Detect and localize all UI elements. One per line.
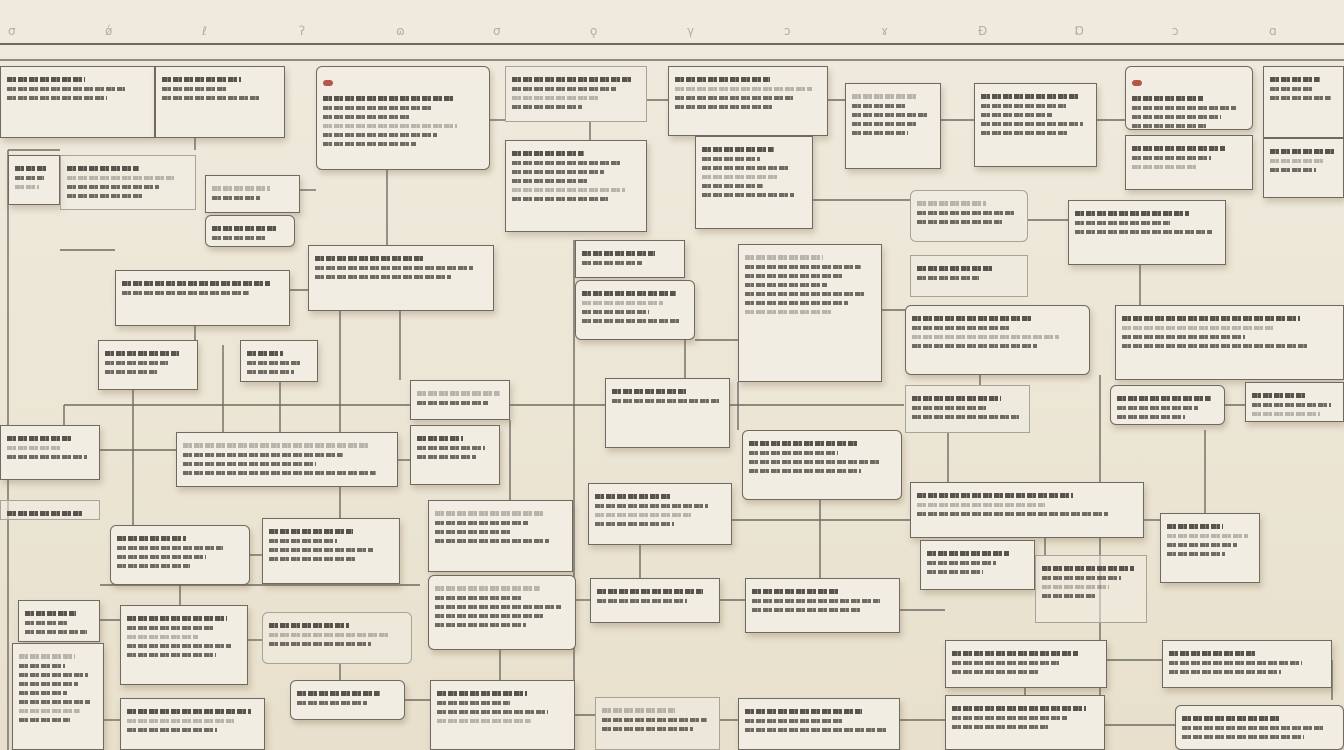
card-title-scribble [512,151,584,156]
card-text-scribble [15,176,44,180]
diagram-card[interactable] [845,83,941,169]
card-title-scribble [162,77,241,82]
card-text-scribble [1132,165,1196,169]
diagram-card[interactable] [1035,555,1147,623]
card-text-scribble [1169,661,1302,665]
diagram-card[interactable] [1263,138,1344,198]
card-text-scribble [1132,106,1236,110]
diagram-card[interactable] [742,430,902,500]
diagram-card[interactable] [905,385,1030,433]
card-text-scribble [323,106,432,110]
card-text-scribble [1182,726,1325,730]
card-text-scribble [1270,159,1325,163]
card-title-scribble [1132,96,1203,101]
card-text-scribble [15,185,39,189]
card-title-scribble [7,436,73,441]
card-title-scribble [315,256,423,261]
card-text-scribble [269,557,357,561]
diagram-card[interactable] [945,695,1105,750]
card-text-scribble [749,469,861,473]
card-title-scribble [417,436,463,441]
card-title-scribble [437,691,527,696]
flowchart-board: σǿℓʔɷσǫγɔɤƉⱰɔɑ [0,0,1344,750]
card-text-scribble [582,301,663,305]
card-text-scribble [183,471,376,475]
card-title-scribble [212,186,270,191]
card-text-scribble [702,175,777,179]
card-text-scribble [162,96,259,100]
card-text-scribble [183,453,343,457]
card-text-scribble [435,614,544,618]
card-text-scribble [19,682,78,686]
card-title-scribble [67,166,139,171]
card-text-scribble [582,319,680,323]
card-title-scribble [15,166,48,171]
diagram-card[interactable] [1068,200,1226,265]
card-title-scribble [1270,77,1320,82]
card-text-scribble [417,446,485,450]
card-text-scribble [127,644,231,648]
card-text-scribble [852,104,905,108]
card-text-scribble [1132,124,1206,128]
card-text-scribble [435,521,528,525]
card-text-scribble [183,462,316,466]
card-title-scribble [297,691,380,696]
diagram-card[interactable] [605,378,730,448]
card-text-scribble [702,193,794,197]
card-text-scribble [745,283,827,287]
card-text-scribble [1132,115,1221,119]
card-title-scribble [323,96,453,101]
card-text-scribble [1117,406,1198,410]
card-text-scribble [1252,412,1320,416]
card-text-scribble [752,599,880,603]
card-text-scribble [512,197,608,201]
diagram-card[interactable] [120,698,265,750]
card-title-scribble [269,623,349,628]
diagram-card[interactable] [205,215,295,247]
card-text-scribble [917,276,979,280]
card-text-scribble [512,170,604,174]
card-title-scribble [212,226,277,231]
card-text-scribble [437,719,531,723]
card-text-scribble [749,460,880,464]
diagram-card[interactable] [910,190,1028,242]
card-text-scribble [675,105,774,109]
card-text-scribble [917,512,1108,516]
card-text-scribble [602,727,693,731]
card-text-scribble [315,275,451,279]
diagram-card[interactable] [0,500,100,520]
card-text-scribble [981,122,1083,126]
diagram-card[interactable] [0,66,155,138]
card-title-scribble [602,708,675,713]
card-title-scribble [1169,651,1256,656]
card-text-scribble [19,691,67,695]
diagram-card[interactable] [1115,305,1344,380]
card-text-scribble [7,446,62,450]
diagram-card[interactable] [428,575,576,650]
card-text-scribble [435,623,526,627]
diagram-card[interactable] [1245,382,1344,422]
card-text-scribble [595,522,674,526]
diagram-card[interactable] [575,280,695,340]
card-text-scribble [323,115,411,119]
card-text-scribble [25,621,67,625]
card-text-scribble [1169,670,1281,674]
card-text-scribble [127,719,234,723]
card-text-scribble [435,605,561,609]
card-title-scribble [512,77,632,82]
diagram-card[interactable] [98,340,198,390]
card-text-scribble [1252,403,1331,407]
card-text-scribble [127,728,217,732]
card-text-scribble [323,124,457,128]
card-text-scribble [19,664,65,668]
diagram-card[interactable] [974,83,1097,167]
diagram-card[interactable] [115,270,290,326]
diagram-card[interactable] [8,155,60,205]
card-text-scribble [117,555,206,559]
card-title-scribble [917,266,993,271]
diagram-card[interactable] [738,244,882,382]
card-text-scribble [582,261,642,265]
card-title-scribble [1270,149,1334,154]
card-title-scribble [1167,524,1223,529]
card-text-scribble [297,701,367,705]
diagram-card[interactable] [1175,705,1344,750]
card-title-scribble [917,201,986,206]
card-text-scribble [595,504,708,508]
card-text-scribble [927,561,996,565]
card-text-scribble [117,564,190,568]
card-text-scribble [912,344,1037,348]
diagram-card[interactable] [910,255,1028,297]
card-title-scribble [582,291,676,296]
diagram-card[interactable] [0,425,100,480]
card-text-scribble [917,211,1016,215]
diagram-card[interactable] [1263,66,1344,138]
card-text-scribble [852,113,929,117]
diagram-card[interactable] [262,518,400,584]
card-text-scribble [981,113,1052,117]
card-title-scribble [912,316,1032,321]
card-text-scribble [745,728,886,732]
card-text-scribble [512,96,599,100]
diagram-card[interactable] [505,140,647,232]
diagram-card[interactable] [595,697,720,750]
card-title-scribble [917,493,1073,498]
card-title-scribble [269,529,353,534]
card-text-scribble [1042,585,1109,589]
card-title-scribble [597,589,703,594]
diagram-card[interactable] [738,698,900,750]
diagram-card[interactable] [410,425,500,485]
card-text-scribble [745,265,861,269]
diagram-card[interactable] [1110,385,1225,425]
diagram-card[interactable] [668,66,828,136]
card-text-scribble [602,718,707,722]
card-text-scribble [912,335,1059,339]
card-title-scribble [1122,316,1300,321]
card-text-scribble [269,642,371,646]
card-text-scribble [127,653,216,657]
diagram-card[interactable] [60,155,196,210]
diagram-card[interactable] [910,482,1144,538]
card-text-scribble [437,701,510,705]
card-title-scribble [127,616,227,621]
card-title-scribble [1182,716,1280,721]
card-title-scribble [981,94,1080,99]
diagram-card[interactable] [505,66,647,122]
card-text-scribble [675,87,812,91]
card-title-scribble [1075,211,1189,216]
card-text-scribble [852,122,918,126]
diagram-card[interactable] [588,483,732,545]
diagram-card[interactable] [110,525,250,585]
diagram-card[interactable] [575,240,685,278]
card-text-scribble [702,166,790,170]
card-text-scribble [981,104,1066,108]
card-title-scribble [19,654,75,659]
card-text-scribble [67,176,174,180]
card-text-scribble [745,301,848,305]
red-pin-icon [1132,80,1142,86]
card-text-scribble [1167,534,1248,538]
card-title-scribble [105,351,179,356]
card-text-scribble [105,361,168,365]
card-text-scribble [212,236,267,240]
card-title-scribble [749,441,857,446]
card-text-scribble [675,96,793,100]
diagram-card[interactable] [290,680,405,720]
card-title-scribble [752,589,839,594]
diagram-card[interactable] [920,540,1035,590]
diagram-card[interactable] [590,578,720,623]
card-title-scribble [595,494,670,499]
diagram-card[interactable] [1162,640,1332,688]
card-title-scribble [435,586,540,591]
card-text-scribble [269,539,337,543]
card-title-scribble [852,94,916,99]
card-text-scribble [1182,735,1304,739]
card-title-scribble [1117,396,1211,401]
diagram-card[interactable] [176,432,398,487]
card-text-scribble [1075,230,1212,234]
card-text-scribble [435,596,522,600]
card-text-scribble [19,718,70,722]
card-text-scribble [752,608,862,612]
card-text-scribble [702,184,763,188]
diagram-card[interactable] [316,66,490,170]
card-text-scribble [702,157,760,161]
card-text-scribble [435,539,549,543]
card-text-scribble [745,292,865,296]
card-text-scribble [912,326,1009,330]
card-text-scribble [745,310,831,314]
card-text-scribble [749,451,838,455]
card-text-scribble [612,399,719,403]
card-title-scribble [612,389,686,394]
card-title-scribble [417,391,500,396]
card-title-scribble [435,511,545,516]
card-text-scribble [19,700,90,704]
card-text-scribble [952,661,1059,665]
card-text-scribble [1122,326,1273,330]
diagram-card[interactable] [945,640,1107,688]
card-text-scribble [917,503,1045,507]
card-text-scribble [7,96,107,100]
card-text-scribble [952,725,1048,729]
card-text-scribble [1132,156,1211,160]
diagram-card[interactable] [155,66,285,138]
diagram-card[interactable] [308,245,494,311]
card-text-scribble [127,626,213,630]
card-text-scribble [323,142,416,146]
card-title-scribble [675,77,770,82]
diagram-card[interactable] [430,680,575,750]
card-title-scribble [122,281,270,286]
card-title-scribble [952,651,1078,656]
diagram-card[interactable] [1125,66,1253,130]
card-text-scribble [323,133,437,137]
card-text-scribble [247,361,302,365]
card-title-scribble [912,396,1001,401]
card-text-scribble [7,87,125,91]
card-title-scribble [582,251,655,256]
card-text-scribble [745,274,844,278]
card-text-scribble [25,630,87,634]
card-text-scribble [1167,552,1225,556]
diagram-card[interactable] [428,500,573,572]
card-title-scribble [952,706,1086,711]
card-text-scribble [952,670,1039,674]
card-text-scribble [512,188,625,192]
card-text-scribble [122,291,249,295]
card-text-scribble [1122,335,1245,339]
card-title-scribble [702,147,774,152]
diagram-card[interactable] [240,340,318,382]
card-text-scribble [952,716,1067,720]
card-text-scribble [512,105,582,109]
card-text-scribble [315,266,473,270]
card-text-scribble [7,455,87,459]
card-title-scribble [25,611,76,616]
diagram-card[interactable] [18,600,100,642]
card-text-scribble [437,710,548,714]
card-text-scribble [852,131,908,135]
diagram-card[interactable] [205,175,300,213]
card-text-scribble [67,185,159,189]
card-text-scribble [512,179,588,183]
card-text-scribble [105,370,157,374]
card-title-scribble [1252,393,1306,398]
card-text-scribble [269,633,389,637]
diagram-card[interactable] [1125,135,1253,190]
diagram-card[interactable] [745,578,900,633]
card-text-scribble [247,370,294,374]
diagram-card[interactable] [12,643,104,750]
card-text-scribble [1117,415,1185,419]
card-text-scribble [595,513,691,517]
card-title-scribble [183,443,370,448]
card-text-scribble [1042,576,1121,580]
card-text-scribble [597,599,687,603]
card-text-scribble [512,161,621,165]
card-title-scribble [745,255,823,260]
card-title-scribble [7,511,82,516]
diagram-card[interactable] [695,136,813,229]
card-text-scribble [1075,221,1170,225]
card-text-scribble [269,548,373,552]
card-text-scribble [1270,87,1312,91]
card-title-scribble [7,77,85,82]
card-text-scribble [212,196,260,200]
card-text-scribble [67,194,143,198]
card-text-scribble [435,530,511,534]
card-text-scribble [19,709,80,713]
card-text-scribble [1042,594,1096,598]
card-text-scribble [127,635,198,639]
card-text-scribble [927,570,983,574]
card-title-scribble [1132,146,1225,151]
card-text-scribble [912,406,986,410]
red-pin-icon [323,80,333,86]
diagram-card[interactable] [410,380,510,420]
card-text-scribble [19,673,88,677]
card-text-scribble [582,310,649,314]
card-text-scribble [912,415,1019,419]
card-text-scribble [1122,344,1307,348]
card-title-scribble [127,709,251,714]
card-text-scribble [417,401,488,405]
card-text-scribble [417,455,476,459]
card-text-scribble [512,87,616,91]
card-title-scribble [745,709,862,714]
card-text-scribble [117,546,223,550]
card-text-scribble [917,220,1002,224]
card-text-scribble [162,87,226,91]
diagram-card[interactable] [1160,513,1260,583]
card-text-scribble [1270,168,1316,172]
diagram-card[interactable] [262,612,412,664]
diagram-card[interactable] [120,605,248,685]
card-title-scribble [247,351,283,356]
diagram-card[interactable] [905,305,1090,375]
card-title-scribble [117,536,186,541]
card-text-scribble [1270,96,1331,100]
card-title-scribble [1042,566,1134,571]
card-text-scribble [1167,543,1237,547]
card-title-scribble [927,551,1009,556]
card-text-scribble [745,719,843,723]
card-text-scribble [981,131,1069,135]
